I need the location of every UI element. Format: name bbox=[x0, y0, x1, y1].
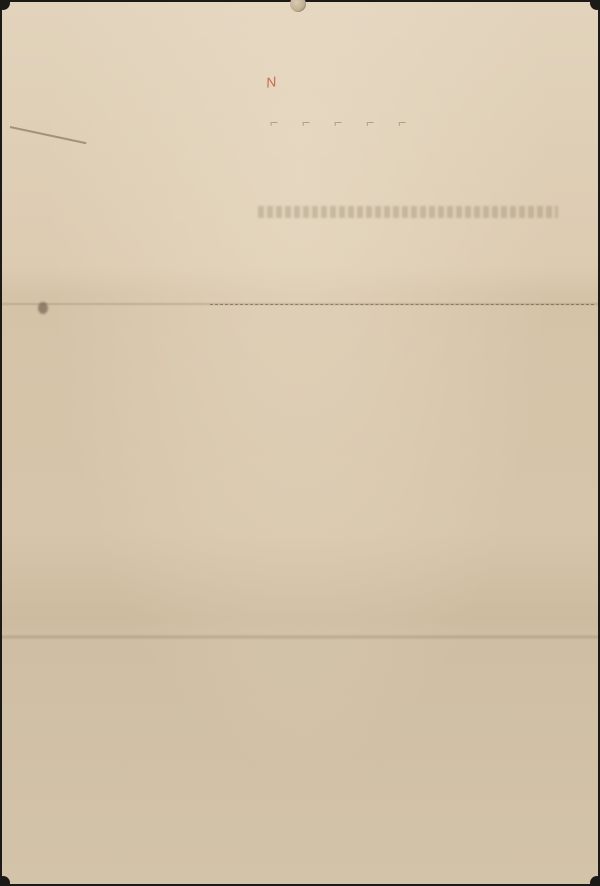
dashed-line bbox=[210, 304, 594, 305]
corner-pin-icon bbox=[590, 876, 600, 886]
stain-spot bbox=[38, 302, 48, 314]
paper-sheet: N ⌐ ⌐ ⌐ ⌐ ⌐ bbox=[2, 2, 598, 884]
bleed-through-print bbox=[258, 206, 558, 218]
handwritten-mark: N bbox=[265, 73, 278, 91]
fold-crease-lower bbox=[2, 634, 598, 640]
pencil-scribbles: ⌐ ⌐ ⌐ ⌐ ⌐ bbox=[270, 114, 450, 134]
pencil-streak bbox=[10, 126, 87, 144]
